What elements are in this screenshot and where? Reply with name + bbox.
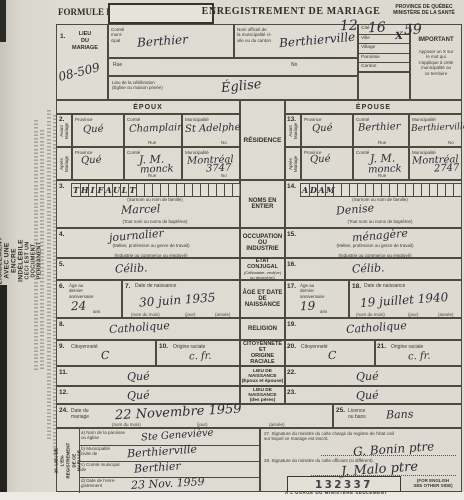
epouse-religion-number: 19.	[287, 321, 296, 328]
epouse-avant-municipalite: Municipalité Berthierville	[409, 114, 462, 147]
enregistrement-row-comte: c) Comté municipal de Berthier	[79, 461, 261, 478]
epoux-noms-number: 3.	[59, 183, 64, 190]
epoux-citoyennete-handwritten: C	[101, 349, 110, 362]
age-label: Âge au dernier anniversaire	[300, 283, 325, 299]
paroisse-eglise-label: a) Nom de la paroisse ou église	[81, 430, 125, 441]
apres-mariage-label: Après Mariage	[59, 155, 69, 171]
mois-sublabel: (nom du mois)	[112, 422, 141, 427]
epouse-given-name-handwritten: Denise	[336, 201, 375, 217]
enregistrement-row-date: d) Date de l'enre- gistrement 23 Nov. 19…	[79, 477, 261, 493]
epouse-origine-cell: 21. Origine raciale c. fr.	[375, 340, 462, 366]
noms-en-entier-label: NOMS EN ENTIER	[240, 180, 285, 228]
metier-label: (Métier, profession ou genre de travail)	[300, 243, 450, 248]
date-mariage-number: 24.	[59, 407, 68, 414]
province-ministere: PROVINCE DE QUÉBEC MINISTÈRE DE LA SANTÉ	[386, 4, 462, 16]
margin-fine-print	[47, 110, 51, 440]
lieu-peres-label: LIEU DE NAISSANCE (des pères)	[240, 386, 285, 404]
epouse-etat-number: 16.	[287, 261, 296, 268]
epoux-age-cell: 6. Âge au dernier anniversaire 24 ans	[56, 280, 122, 318]
origine-label: Origine raciale	[173, 344, 205, 350]
epouse-avant-comte-handwritten: Berthier	[358, 121, 401, 133]
epouse-lieu-peres-cell: 23. Qué	[285, 386, 462, 404]
epoux-age-handwritten: 24	[71, 299, 87, 314]
date-naissance-label: Date de naissance	[364, 283, 405, 289]
ministere-usage-note: A L'USAGE DU MINISTÈRE SEULEMENT	[285, 490, 388, 495]
epouse-apres-province: Province Qué	[301, 147, 353, 180]
date-mariage-label: Date du mariage	[71, 408, 89, 421]
comte-label: Comté	[127, 117, 140, 122]
jour-sublabel: (jour)	[185, 312, 196, 317]
margin-fine-print	[34, 120, 38, 370]
scan-edge-bottom	[0, 492, 464, 500]
epoux-avant-province-handwritten: Qué	[83, 124, 104, 136]
epouse-naissance-number: 18.	[352, 283, 361, 290]
lieu-mariage-label: LIEU DU MARIAGE	[65, 31, 105, 52]
lieu-code-handwritten: 08-509	[57, 60, 101, 84]
avant-mariage-label: Avant Mariage	[59, 122, 69, 138]
citoyennete-label: Citoyenneté	[301, 344, 328, 350]
epoux-occupation-cell: 4. journalier (Métier, profession ou gen…	[56, 228, 240, 258]
epoux-lieu-naissance-cell: 11. Qué	[56, 366, 240, 386]
epoux-etat-number: 5.	[59, 261, 64, 268]
epoux-noms-cell: 3. THIFAULT (Surnom ou nom de famille) M…	[56, 180, 240, 228]
epouse-lieu-naissance-cell: 22. Qué	[285, 366, 462, 386]
etat-conjugal-label-cell: ÉTAT CONJUGAL (Célibataire, veuf(ve) ou …	[240, 258, 285, 280]
epoux-apres-mariage-col: Après Mariage	[56, 147, 72, 180]
avant-mariage-label: Avant Mariage	[288, 122, 298, 138]
licence-handwritten: Bans	[386, 408, 414, 422]
important-title: IMPORTANT	[411, 37, 461, 43]
comte-municipal-label: Comté muni- cipal	[111, 27, 124, 43]
comte-municipal-de-label: c) Comté municipal de	[81, 462, 120, 473]
municipalite-label: Municipalité	[185, 117, 209, 122]
metier-label: (Métier, profession ou genre de travail)	[71, 243, 231, 248]
epouse-avant-municipalite-handwritten: Berthierville	[411, 122, 464, 134]
nom-officiel-label: Nom officiel de la municipalité ci- vile…	[237, 27, 272, 43]
municipalite-label: Municipalité	[412, 117, 436, 122]
margin-fine-print	[40, 130, 44, 370]
province-label: Province	[75, 117, 93, 122]
signatures-block: 27. Signature du ministre du culte charg…	[260, 428, 462, 492]
no-sublabel: No	[221, 173, 227, 178]
etat-conjugal-label: ÉTAT CONJUGAL	[241, 258, 284, 270]
epouse-avant-mariage-col: 13. Avant Mariage	[285, 114, 301, 147]
epoux-origine-number: 10.	[159, 343, 168, 350]
epoux-citoyennete-cell: 9. Citoyenneté C	[56, 340, 156, 366]
no-sublabel: No	[448, 140, 454, 145]
epouse-citoyennete-handwritten: C	[328, 349, 337, 362]
municipalite-civile-label: b) Municipalité civile de	[81, 446, 110, 457]
epoux-given-name-handwritten: Marcel	[121, 202, 161, 216]
epouse-header: ÉPOUSE	[285, 100, 462, 114]
citoyennete-origine-label: CITOYENNETÉ ET ORIGINE RACIALE	[240, 340, 285, 366]
mois-sublabel: (nom du mois)	[356, 312, 385, 317]
epoux-naissance-handwritten: 30 juin 1935	[139, 290, 216, 309]
origine-label: Origine raciale	[391, 344, 423, 350]
ans-label: ans	[93, 309, 100, 314]
residence-label: RÉSIDENCE	[240, 100, 285, 180]
rue-sublabel: Rue	[378, 173, 386, 178]
bapteme-label: (Tout nom ou noms de baptême)	[300, 219, 460, 224]
epoux-lieu-peres-cell: 12. Qué	[56, 386, 240, 404]
epoux-religion-cell: 8. Catholique	[56, 318, 240, 340]
epoux-avant-municipalite: Municipalité St Adelphe	[182, 114, 240, 147]
epoux-etat-handwritten: Célib.	[115, 261, 148, 275]
epouse-lieu-handwritten: Qué	[356, 370, 379, 384]
epouse-lieu-peres-number: 23.	[287, 389, 296, 396]
epoux-avant-municipalite-handwritten: St Adelphe	[185, 122, 241, 135]
comte-municipal-de-handwritten: Berthier	[134, 459, 181, 475]
code-stamp-3: 59	[404, 22, 422, 39]
enregistrement-vertical-label-cell: 26. LIEU DE L'EN- REGISTREMENT DE CE MAR…	[57, 429, 80, 493]
age-date-naissance-label: ÂGE ET DATE DE NAISSANCE	[240, 280, 285, 318]
form-table: 1. LIEU DU MARIAGE 08-509 Comté muni- ci…	[56, 24, 462, 492]
municipalite-civile-handwritten: Berthierville	[127, 443, 198, 461]
comte-municipal-handwritten: Berthier	[137, 32, 189, 50]
epoux-religion-number: 8.	[59, 321, 64, 328]
epouse-lieu-peres-handwritten: Qué	[356, 389, 379, 403]
rue-sublabel: Rue	[148, 140, 156, 145]
type-row-village: Village	[359, 44, 409, 54]
epouse-occupation-number: 15.	[287, 231, 296, 238]
age-label: Âge au dernier anniversaire	[69, 283, 94, 299]
canton-label: Canton	[361, 64, 376, 69]
epoux-lieu-peres-number: 12.	[59, 389, 68, 396]
date-mariage-cell: 24. Date du mariage 22 Novembre 1959 (no…	[56, 404, 333, 428]
apres-mariage-label: Après Mariage	[288, 155, 298, 171]
epoux-avant-mariage-col: 2. Avant Mariage	[56, 114, 72, 147]
important-text: Apposer un X sur le mot qui s'applique à…	[411, 49, 461, 76]
citoyennete-label: Citoyenneté	[71, 344, 98, 350]
date-enregistrement-label: d) Date de l'enre- gistrement	[81, 478, 116, 489]
epouse-citoyennete-cell: 20. Citoyenneté C	[285, 340, 375, 366]
epouse-naissance-cell: 18. Date de naissance 19 juillet 1940 (n…	[349, 280, 462, 318]
epouse-noms-cell: 14. ADAM (Surnom ou nom de famille) Deni…	[285, 180, 462, 228]
annee-sublabel: (année)	[438, 312, 454, 317]
epouse-noms-number: 14.	[287, 183, 296, 190]
lieu-celebration-handwritten: Église	[220, 77, 262, 96]
epoux-naissance-cell: 7. Date de naissance 30 juin 1935 (nom d…	[122, 280, 240, 318]
rue-label: Rue	[113, 62, 122, 68]
epoux-lieu-number: 11.	[59, 369, 68, 376]
epoux-origine-cell: 10. Origine raciale c. fr.	[156, 340, 240, 366]
epoux-occupation-handwritten: journalier	[109, 227, 165, 245]
rue-sublabel: Rue	[148, 173, 156, 178]
epoux-occupation-number: 4.	[59, 231, 64, 238]
lieu-naissance-label: LIEU DE NAISSANCE (Époux et épouse)	[240, 366, 285, 386]
field-lieu-celebration: Lieu de la célébration (Église ou maison…	[108, 76, 358, 100]
ans-label: ans	[320, 309, 327, 314]
epoux-lieu-handwritten: Qué	[127, 370, 150, 384]
epoux-citoyennete-number: 9.	[59, 343, 64, 350]
epoux-avant-province: Province Qué	[72, 114, 124, 147]
jour-sublabel: (jour)	[197, 422, 208, 427]
epouse-origine-number: 21.	[377, 343, 386, 350]
row-rue-no: Rue No	[108, 58, 358, 76]
lieu-celebration-label: Lieu de la célébration (Église ou maison…	[112, 80, 163, 91]
bapteme-label: (Tout nom ou noms de baptême)	[71, 219, 239, 224]
type-table-blank	[358, 72, 410, 100]
epoux-religion-handwritten: Catholique	[109, 319, 171, 336]
epoux-apres-province: Province Qué	[72, 147, 124, 180]
licence-label: Licence ou bans	[348, 408, 366, 421]
type-row-paroisse: Paroisse	[359, 54, 409, 64]
province-label: Province	[304, 117, 322, 122]
epouse-surname-letterboxes: ADAM	[300, 183, 462, 197]
epoux-apres-province-handwritten: Qué	[81, 155, 102, 167]
epoux-header: ÉPOUX	[56, 100, 240, 114]
code-stamp-1: 12	[340, 18, 358, 35]
annee-sublabel: (année)	[215, 312, 231, 317]
rue-sublabel: Rue	[378, 140, 386, 145]
epouse-age-handwritten: 19	[300, 299, 316, 314]
page-title: ENREGISTREMENT DE MARIAGE	[196, 6, 386, 17]
epoux-lieu-peres-handwritten: Qué	[127, 389, 150, 403]
no-label: No	[291, 62, 297, 68]
date-mariage-handwritten: 22 Novembre 1959	[115, 402, 242, 424]
paroisse-eglise-handwritten: Ste Geneviève	[141, 427, 214, 443]
field-comte-municipal: Comté muni- cipal Berthier	[108, 24, 234, 58]
code-stamp-2: 16	[368, 20, 386, 37]
epouse-avant-province: Province Qué	[301, 114, 353, 147]
surnom-label: (Surnom ou nom de famille)	[300, 197, 460, 202]
epouse-occupation-cell: 15. ménagère (Métier, profession ou genr…	[285, 228, 462, 258]
epoux-etat-cell: 5. Célib.	[56, 258, 240, 280]
epouse-age-cell: 17. Âge au dernier anniversaire 19 ans	[285, 280, 349, 318]
field-lieu-du-mariage: 1. LIEU DU MARIAGE 08-509	[56, 24, 108, 100]
ministere-label: MINISTÈRE DE LA SANTÉ	[393, 10, 455, 16]
mois-sublabel: (nom du mois)	[131, 312, 160, 317]
epouse-etat-cell: 16. Célib.	[285, 258, 462, 280]
epoux-origine-handwritten: c. fr.	[189, 351, 212, 363]
paroisse-label: Paroisse	[361, 55, 380, 60]
scan-edge-top-left	[0, 0, 6, 42]
registration-number-stamp: 132337	[315, 478, 373, 491]
epoux-apres-no-handwritten: 3747	[206, 163, 232, 175]
date-enregistrement-handwritten: 23 Nov. 1959	[131, 475, 205, 492]
village-label: Village	[361, 45, 375, 50]
licence-bans-cell: 25. Licence ou bans Bans	[333, 404, 462, 428]
english-note: (FOR ENGLISH SEE OTHER SIDE)	[405, 478, 461, 489]
epouse-etat-handwritten: Célib.	[352, 261, 385, 275]
epouse-naissance-handwritten: 19 juillet 1940	[360, 290, 449, 310]
no-sublabel: No	[221, 140, 227, 145]
epouse-origine-handwritten: c. fr.	[408, 351, 431, 363]
occupation-industrie-label: OCCUPATION OU INDUSTRIE	[240, 228, 285, 258]
epouse-religion-handwritten: Catholique	[346, 319, 408, 336]
epouse-citoyennete-number: 20.	[287, 343, 296, 350]
epoux-apres-rue-handwritten: monck	[140, 163, 174, 175]
epoux-surname-letterboxes: THIFAULT	[71, 183, 241, 197]
epouse-apres-mariage-col: Après Mariage	[285, 147, 301, 180]
scanned-marriage-form: ÉCRIRE LISIBLEMENT AVEC UNE ENCRE INDÉLÉ…	[0, 0, 464, 500]
epouse-age-number: 17.	[287, 283, 296, 290]
epouse-lieu-number: 22.	[287, 369, 296, 376]
margin-note-line1: ÉCRIRE LISIBLEMENT AVEC UNE ENCRE INDÉLÉ…	[0, 236, 25, 284]
epouse-occupation-handwritten: ménagère	[352, 227, 409, 245]
licence-number: 25.	[336, 407, 345, 414]
signature-27-line	[321, 455, 456, 456]
epouse-apres-no-handwritten: 2747	[434, 163, 460, 175]
epoux-naissance-number: 7.	[125, 283, 130, 290]
comte-label: Comté	[356, 150, 369, 155]
annee-sublabel: (année)	[269, 422, 285, 427]
epoux-avant-comte-handwritten: Champlain	[129, 122, 184, 135]
margin-note: ÉCRIRE LISIBLEMENT AVEC UNE ENCRE INDÉLÉ…	[0, 40, 36, 480]
formule-label: FORMULE E	[58, 7, 112, 17]
jour-sublabel: (jour)	[408, 312, 419, 317]
epoux-age-number: 6.	[59, 283, 64, 290]
epouse-apres-province-handwritten: Qué	[310, 154, 331, 166]
enregistrement-block: 26. LIEU DE L'EN- REGISTREMENT DE CE MAR…	[56, 428, 260, 492]
epouse-avant-province-handwritten: Qué	[312, 123, 333, 135]
religion-label: RELIGION	[240, 318, 285, 340]
epouse-religion-cell: 19. Catholique	[285, 318, 462, 340]
ville-x-mark: X	[395, 31, 403, 42]
date-naissance-label: Date de naissance	[135, 283, 176, 289]
etat-conjugal-sublabel: (Célibataire, veuf(ve) ou divorcé(e))	[244, 270, 281, 280]
